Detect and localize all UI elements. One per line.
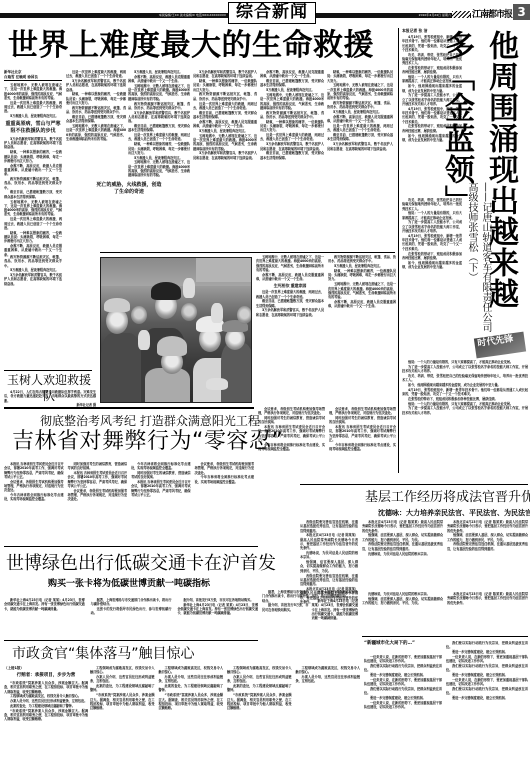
lead-paragraph: 截至目前，已搭建帐篷数万顶，受灾群众基本生活得到保障。 bbox=[256, 299, 324, 308]
corruption-paragraph: 办案人员介绍，这些官员往往形成利益链条，互相包庇。 bbox=[296, 675, 361, 684]
lead-paragraph: 5万救援人员，昼夜兼程奔赴灾区。 bbox=[328, 264, 396, 268]
expo-paragraph: 新华社上海4月23日电（记者 某某）4月23日，世博会低碳交通卡在上海首发。持有… bbox=[4, 598, 85, 611]
corruption-kicker: （上接1版） bbox=[4, 666, 88, 671]
bottom-right-paragraph: 我们要以实际行动践行为民宗旨，把群众利益放在首位。 bbox=[364, 687, 442, 696]
feature-paragraph: 如今，他周围涌现出越来越多的金蓝领，成为企业发展的中坚力量。 bbox=[402, 383, 528, 387]
lead-paragraph: 截至目前，已搭建帐篷数万顶，受灾群众基本生活得到保障。 bbox=[327, 133, 393, 142]
lead-paragraph: 截至目前，已搭建帐篷数万顶，受灾群众基本生活得到保障。 bbox=[260, 79, 324, 88]
judges-paragraph: 沈德咏说，为民司法是人民法院的根本宗旨。 bbox=[300, 551, 358, 560]
judges-paragraph: 各级法院要完善法官选任机制，注重从基层选拔优秀法官，让有基层经验的法官得到重用。 bbox=[362, 542, 443, 551]
lead-paragraph: 这是一次世界上难度最大的救援，两周过去，救援人员已创造了一个个生命奇迹。 bbox=[4, 101, 62, 114]
jilin-paragraph: 会议要求，各级招生考试机构要加强考场管理，严格执行各项规定，对违规行为坚决查处。 bbox=[195, 462, 255, 475]
lead-paragraph: 余震不断，高原反应，救援人员克服重重困难，从废墟中救出一个又一个生命。 bbox=[327, 115, 393, 124]
jilin-paragraph: 本报讯 吉林省招生考试委员会近日召开会议，部署2010年高考工作，强调对考试舞弊… bbox=[329, 425, 396, 442]
corruption-paragraph: 工程领域成为腐败高发区，权钱交易令人触目惊心。 bbox=[227, 666, 292, 675]
divider bbox=[300, 484, 528, 485]
judges-paragraph: 本报北京4月23日电（记者 陈某某）最高人民法院常务副院长沈德咏今日表示，要把基… bbox=[447, 592, 528, 605]
lead-paragraph: 3万余名解放军和武警官兵，数千名医护人员和志愿者，在高寒缺氧的环境下连续奋战。 bbox=[193, 70, 257, 79]
lead-col-1: 新华社北京 白瑞雪 任毓明 徐国良 玉树地震中，无数人被埋在废墟之下，这是一次世… bbox=[4, 70, 62, 265]
lead-paragraph: 余震不断，高原反应，救援人员克服重重困难，从废墟中救出一个又一个生命。 bbox=[128, 75, 190, 84]
masthead-editor-info: 本版编辑/王XX 美术编辑/X 电话/0XX-XXXXXXXX bbox=[157, 13, 228, 18]
bottom-right-paragraph: 我们要以实际行动践行为民宗旨，把群众利益放在首位。 bbox=[446, 641, 528, 650]
bottom-right-paragraph: 要进一步完善制度建设，建立长效机制。 bbox=[446, 696, 528, 700]
corruption-paragraph: “市政系统”窝案涉案人员众多，涉案金额巨大。据调查，相关官员利用职务之便，在工程… bbox=[227, 693, 292, 710]
expo-headline: 世博绿色出行低碳交通卡在沪首发 bbox=[6, 552, 276, 576]
lead-paragraph: 这是一次世界上难度最大的救援，两周过去，救援人员已创造了一个个生命奇迹。 bbox=[256, 290, 324, 299]
judges-paragraph: 他强调，法官要深入基层、深入群众，切实提高做群众工作的能力，努力做到亲民、平民、… bbox=[447, 533, 528, 542]
jilin-paragraph: 同时加强对考生的诚信教育，营造诚信考试的良好氛围。 bbox=[131, 471, 191, 480]
lead-paragraph: 救灾物资源源不断运抵灾区，帐篷、食品、饮用水、药品等送到受灾群众手中。 bbox=[328, 255, 396, 264]
section-title: 综合新闻 bbox=[228, 2, 316, 24]
lead-paragraph: 缺氧，一种难以想象的痛苦，一位救援队员说：头痛欲裂，呼吸困难，每走一步都要付出巨… bbox=[4, 231, 62, 244]
page-number: 3 bbox=[513, 4, 530, 20]
feature-paragraph: 为了进一步提高工人技能水平，公司成立了以张雪松名字命名的技能大师工作室，开展技术… bbox=[402, 365, 528, 374]
judges-body-cont: 沈德咏说，为民司法是人民法院的根本宗旨。 他强调，法官要深入基层、深入群众，切实… bbox=[362, 592, 528, 632]
divider bbox=[4, 640, 258, 641]
lead-paragraph: 3万余名解放军和武警官兵，数千名医护人员和志愿者，在高寒缺氧的环境下连续奋战。 bbox=[327, 142, 393, 151]
lead-paragraph: 5万救援人员，昼夜兼程奔赴灾区。 bbox=[128, 70, 190, 74]
bottom-right-paragraph: 一位负责人说，在新的形势下，要更加重视基层干部队伍建设，切实改进工作作风。 bbox=[364, 655, 442, 664]
bottom-right-paragraph: 我们要以实际行动践行为民宗旨，把群众利益放在首位。 bbox=[364, 664, 442, 673]
lead-paragraph: 余震不断，高原反应，救援人员克服重重困难，从废墟中救出一个又一个生命。 bbox=[4, 164, 62, 177]
jilin-paragraph: 本报讯 吉林省招生考试委员会近日召开会议，部署2010年高考工作，强调对考试舞弊… bbox=[68, 471, 128, 488]
jilin-paragraph: 会议要求，各级招生考试机构要加强考场管理，严格执行各项规定，对违规行为坚决查处。 bbox=[68, 489, 128, 502]
divider bbox=[100, 252, 395, 253]
corruption-paragraph: 此案的查处，为工程建设领域反腐敲响了警钟。 bbox=[227, 684, 292, 693]
jilin-paragraph: 同时加强对考生的诚信教育，营造诚信考试的良好氛围。 bbox=[258, 416, 325, 425]
expo-paragraph: 这张卡的发行将倡导市民绿色出行，参与世博低碳行动。 bbox=[312, 590, 359, 599]
corruption-paragraph: 此案的查处，为工程建设领域反腐敲响了警钟。 bbox=[159, 684, 224, 693]
feature-paragraph: 攻关、培训、带徒，张雪松把自己的经验毫无保留地传授给年轻人，培养出一批优秀技术工… bbox=[402, 374, 528, 383]
era-pioneer-badge: 时代先锋 bbox=[474, 332, 526, 359]
lead-paragraph: 缺氧，一种难以想象的痛苦，一位救援队员说：头痛欲裂，呼吸困难，每走一步都要付出巨… bbox=[260, 120, 324, 133]
jilin-paragraph: 今年吉林省将全面推行标准化考点建设，实现考场视频监控全覆盖。 bbox=[195, 475, 255, 484]
bottom-right-paragraph: 要进一步完善制度建设，建立长效机制。 bbox=[446, 650, 528, 654]
corruption-paragraph: “市政系统”窝案涉案人员众多，涉案金额巨大。据调查，相关官员利用职务之便，在工程… bbox=[90, 693, 155, 710]
lead-paragraph: 救灾物资源源不断运抵灾区，帐篷、食品、饮用水、药品等送到受灾群众手中。 bbox=[4, 255, 62, 268]
judges-headline: 基层工作经历将成法官晋升优先条件 bbox=[365, 489, 530, 507]
feature-paragraph: 在张雪松的带动下，班组成员积极参加各种技能比赛，屡获佳绩。 bbox=[402, 252, 462, 261]
jilin-paragraph: 会议要求，各级招生考试机构要加强考场管理，严格执行各项规定，对违规行为坚决查处。 bbox=[329, 407, 396, 416]
expo-paragraph: 据介绍，首批发行5万张，市民可在各地铁站购买。 bbox=[262, 603, 309, 612]
lead-paragraph: 这是一次世界上难度最大的救援，两周过去，救援人员已创造了一个个生命奇迹。 bbox=[4, 217, 62, 230]
jilin-body: 本报讯 吉林省招生考试委员会近日召开会议，部署2010年高考工作，强调对考试舞弊… bbox=[4, 462, 254, 542]
lead-paragraph: 3万余名解放军和武警官兵，数千名医护人员和志愿者，在高寒缺氧的环境下连续奋战。 bbox=[4, 137, 62, 150]
feature-paragraph: 如今，他周围涌现出越来越多的金蓝领，成为企业发展的中坚力量。 bbox=[402, 261, 462, 270]
bottom-right-paragraph: 要进一步完善制度建设，建立长效机制。 bbox=[364, 696, 442, 700]
feature-paragraph: 在张雪松的带动下，班组成员积极参加各种技能比赛，屡获佳绩。 bbox=[402, 397, 528, 401]
judges-paragraph: 本报北京4月23日电（记者 陈某某）最高人民法院常务副院长沈德咏今日表示，要把基… bbox=[362, 520, 443, 533]
lead-paragraph: 缺氧，一种难以想象的痛苦，一位救援队员说：头痛欲裂，呼吸困难，每走一步都要付出巨… bbox=[327, 70, 393, 83]
corruption-paragraph: 工程领域成为腐败高发区，权钱交易令人触目惊心。 bbox=[159, 666, 224, 675]
jilin-paragraph: 本报讯 吉林省招生考试委员会近日召开会议，部署2010年高考工作，强调对考试舞弊… bbox=[4, 462, 64, 479]
lead-paragraph: 缺氧，一种难以想象的痛苦，一位救援队员说：头痛欲裂，呼吸困难，每走一步都要付出巨… bbox=[328, 269, 396, 282]
feature-paragraph: 为了进一步提高工人技能水平，公司成立了以张雪松名字命名的技能大师工作室，开展技术… bbox=[402, 220, 462, 233]
bottom-right-col-1: 一位负责人说，在新的形势下，要更加重视基层干部队伍建设，切实改进工作作风。 我们… bbox=[364, 655, 442, 763]
divider bbox=[362, 636, 528, 637]
bottom-right-paragraph: 一位负责人说，在新的形势下，要更加重视基层干部队伍建设，切实改进工作作风。 bbox=[446, 678, 528, 687]
jilin-paragraph: 本报讯 吉林省招生考试委员会近日召开会议，部署2010年高考工作，强调对考试舞弊… bbox=[258, 425, 325, 442]
lead-paragraph: 玉树地震中，无数人被埋在废墟之下，这是一次世界上难度最大的救援。海拔4000米的… bbox=[328, 282, 396, 299]
corruption-paragraph: 办案人员介绍，这些官员往往形成利益链条，互相包庇。 bbox=[90, 675, 155, 684]
feature-paragraph: 4月19日，张雪松班组中，新增一批青年技术骨干。他们每一位都是从普通工人成长起来… bbox=[402, 234, 462, 251]
lead-paragraph: 玉树地震中，无数人被埋在废墟之下，这是一次世界上难度最大的救援。海拔4000米的… bbox=[128, 84, 190, 101]
lead-col-4: 3万余名解放军和武警官兵，数千名医护人员和志愿者，在高寒缺氧的环境下连续奋战。 … bbox=[193, 70, 257, 250]
lead-paragraph: 余震不断，高原反应，救援人员克服重重困难，从废墟中救出一个又一个生命。 bbox=[193, 120, 257, 129]
corruption-subhead: 行贿者：承接项目，步步为营 bbox=[4, 673, 88, 679]
judges-paragraph: 沈德咏说，为民司法是人民法院的根本宗旨。 bbox=[362, 592, 443, 596]
judges-subhead: 沈德咏：大力培养亲民法官、平民法官、为民法官 bbox=[378, 508, 530, 518]
feature-col-1b: 攻关、培训、带徒，张雪松把自己的经验毫无保留地传授给年轻人，培养出一批优秀技术工… bbox=[402, 198, 462, 328]
lead-paragraph: 这是一次世界上难度最大的救援，两周过去，救援人员已创造了一个个生命奇迹。 bbox=[128, 133, 190, 142]
lead-subhead: 重重高原病，雪山与严寒阻不住救援队的步伐 bbox=[4, 121, 62, 135]
lead-paragraph: 这是一次世界上难度最大的救援，两周过去，救援人员已创造了一个个生命奇迹。 bbox=[66, 70, 126, 79]
corruption-paragraph: “市政系统”窝案涉案人员众多，涉案金额巨大。据调查，相关官员利用职务之便，在工程… bbox=[4, 709, 88, 722]
lead-paragraph: 玉树地震中，无数人被埋在废墟之下，这是一次世界上难度最大的救援。海拔4000米的… bbox=[256, 255, 324, 272]
lead-paragraph: 截至目前，已搭建帐篷数万顶，受灾群众基本生活得到保障。 bbox=[66, 115, 126, 124]
feature-paragraph: 为了进一步提高工人技能水平，公司成立了以张雪松名字命名的技能大师工作室，开展技术… bbox=[402, 406, 528, 415]
lead-paragraph: 3万余名解放军和武警官兵，数千名医护人员和志愿者，在高寒缺氧的环境下连续奋战。 bbox=[128, 111, 190, 124]
expo-subhead: 购买一张卡将为低碳世博贡献一吨碳指标 bbox=[48, 578, 210, 590]
lead-paragraph: 3万余名解放军和武警官兵，数千名医护人员和志愿者，在高寒缺氧的环境下连续奋战。 bbox=[4, 273, 62, 286]
bottom-right-paragraph: 要进一步完善制度建设，建立长效机制。 bbox=[446, 673, 528, 677]
feature-vertical-subhead: ——记唐山轨道客车有限责任公司高级技师张雪松（下） bbox=[464, 182, 492, 332]
corruption-paragraph: 办案人员介绍，这些官员往往形成利益链条，互相包庇。 bbox=[4, 699, 88, 703]
expo-paragraph: 这张卡的发行将倡导市民绿色出行，参与世博低碳行动。 bbox=[91, 607, 172, 616]
bottom-right-col-2: 我们要以实际行动践行为民宗旨，把群众利益放在首位。 要进一步完善制度建设，建立长… bbox=[446, 641, 528, 763]
lead-paragraph: 玉树地震中，无数人被埋在废墟之下，这是一次世界上难度最大的救援。海拔4000米的… bbox=[327, 83, 393, 100]
side-story-body: 4月22日，人们在结古镇街头向救援队伍挥手致意。灾难发生后，各方救援力量迅速赶赴… bbox=[4, 390, 96, 414]
column-rule bbox=[398, 28, 399, 473]
feature-paragraph: 他说：一个人的力量是有限的，只有大家都提高了，才能真正推动企业发展。 bbox=[402, 360, 528, 364]
lead-paragraph: 截至目前，已搭建帐篷数万顶，受灾群众基本生活得到保障。 bbox=[4, 190, 62, 199]
judges-paragraph: 他强调，法官要深入基层、深入群众，切实提高做群众工作的能力，努力做到亲民、平民、… bbox=[362, 533, 443, 542]
lead-col-3: 5万救援人员，昼夜兼程奔赴灾区。 余震不断，高原反应，救援人员克服重重困难，从废… bbox=[128, 70, 190, 250]
feature-wide-col: 他说：一个人的力量是有限的，只有大家都提高了，才能真正推动企业发展。 为了进一步… bbox=[402, 360, 528, 468]
corruption-body: 工程领域成为腐败高发区，权钱交易令人触目惊心。 办案人员介绍，这些官员往往形成利… bbox=[90, 666, 360, 763]
jilin-paragraph: 今年吉林省将全面推行标准化考点建设，实现考场视频监控全覆盖。 bbox=[329, 443, 396, 452]
hatch-decoration bbox=[452, 11, 470, 18]
lead-paragraph: 玉树地震中，无数人被埋在废墟之下，这是一次世界上难度最大的救援。海拔4000米的… bbox=[66, 124, 126, 141]
expo-paragraph: 据介绍，首批发行5万张，市民可在各地铁站购买。 bbox=[177, 598, 258, 602]
lead-paragraph: 这是一次世界上难度最大的救援，两周过去，救援人员已创造了一个个生命奇迹。 bbox=[193, 102, 257, 111]
masthead-left-strip: Email: ...@....com 本版编辑/王XX 美术编辑/X 电话/0X… bbox=[0, 13, 228, 18]
lead-paragraph: 3万余名解放军和武警官兵，数千名医护人员和志愿者，在高寒缺氧的环境下连续奋战。 bbox=[193, 151, 257, 160]
lead-paragraph: 3万余名解放军和武警官兵，数千名医护人员和志愿者，在高寒缺氧的环境下连续奋战。 bbox=[256, 308, 324, 317]
bottom-right-subhead: “新疆城市化大局下的…” bbox=[364, 641, 442, 647]
lead-paragraph: 玉树地震中，无数人被埋在废墟之下，这是一次世界上难度最大的救援。海拔4000米的… bbox=[193, 134, 257, 151]
lead-paragraph: 5万救援人员，昼夜兼程奔赴灾区。 bbox=[327, 110, 393, 114]
corruption-paragraph: “市政系统”窝案涉案人员众多，涉案金额巨大。据调查，相关官员利用职务之便，在工程… bbox=[159, 693, 224, 710]
corruption-paragraph: 此案的查处，为工程建设领域反腐敲响了警钟。 bbox=[90, 684, 155, 693]
corruption-paragraph: 工程领域成为腐败高发区，权钱交易令人触目惊心。 bbox=[296, 666, 361, 675]
lead-paragraph: 玉树地震中，无数人被埋在废墟之下，这是一次世界上难度最大的救援。海拔4000米的… bbox=[4, 83, 62, 100]
expo-paragraph: 据悉，上海世博局与市交通部门合作推出该卡，将出行与碳补偿结合。 bbox=[262, 590, 309, 603]
lead-paragraph: 救灾物资源源不断运抵灾区，帐篷、食品、饮用水、药品等送到受灾群众手中。 bbox=[66, 106, 126, 115]
expo-body: 新华社上海4月23日电（记者 某某）4月23日，世博会低碳交通卡在上海首发。持有… bbox=[4, 598, 258, 638]
jilin-kicker: 彻底整治考风考纪 打造群众满意阳光工程 bbox=[40, 413, 260, 429]
bottom-right-paragraph: 要进一步完善制度建设，建立长效机制。 bbox=[364, 673, 442, 677]
jilin-paragraph: 会议要求，各级招生考试机构要加强考场管理，严格执行各项规定，对违规行为坚决查处。 bbox=[4, 480, 64, 493]
corruption-paragraph: 办案人员介绍，这些官员往往形成利益链条，互相包庇。 bbox=[227, 675, 292, 684]
bottom-right-paragraph: 我们要以实际行动践行为民宗旨，把群众利益放在首位。 bbox=[446, 687, 528, 696]
bottom-right-paragraph: 一位负责人说，在新的形势下，要更加重视基层干部队伍建设，切实改进工作作风。 bbox=[364, 678, 442, 687]
lead-col-5: 余震不断，高原反应，救援人员克服重重困难，从废墟中救出一个又一个生命。 截至目前… bbox=[260, 70, 324, 250]
masthead-right-strip: News 2010年4月24日 星期六 bbox=[316, 13, 471, 18]
lead-paragraph: 缺氧，一种难以想象的痛苦，一位救援队员说：头痛欲裂，呼吸困难，每走一步都要付出巨… bbox=[193, 79, 257, 92]
lead-paragraph: 救灾物资源源不断运抵灾区，帐篷、食品、饮用水、药品等送到受灾群众手中。 bbox=[260, 111, 324, 120]
jilin-headline: 吉林省对舞弊行为“零容忍” bbox=[12, 428, 283, 456]
expo-paragraph: 据悉，上海世博局与市交通部门合作推出该卡，将出行与碳补偿结合。 bbox=[91, 598, 172, 607]
corruption-paragraph: 工程领域成为腐败高发区，权钱交易令人触目惊心。 bbox=[90, 666, 155, 675]
lead-paragraph: 余震不断，高原反应，救援人员克服重重困难，从废墟中救出一个又一个生命。 bbox=[256, 273, 324, 282]
judges-paragraph: 各级法院要完善法官选任机制，注重从基层选拔优秀法官，让有基层经验的法官得到重用。 bbox=[447, 542, 528, 551]
corruption-paragraph: 此案的查处，为工程建设领域反腐敲响了警钟。 bbox=[4, 704, 88, 708]
corruption-paragraph: 办案人员介绍，这些官员往往形成利益链条，互相包庇。 bbox=[159, 675, 224, 684]
lead-paragraph: 5万救援人员，昼夜兼程奔赴灾区。 bbox=[193, 129, 257, 133]
judges-body: 本报北京4月23日电（记者 陈某某）最高人民法院常务副院长沈德咏今日表示，要把基… bbox=[362, 520, 528, 590]
lead-subhead: 生死相依 重建家园 bbox=[256, 283, 324, 288]
lead-paragraph: 余震不断，高原反应，救援人员克服重重困难，从废墟中救出一个又一个生命。 bbox=[260, 70, 324, 79]
bottom-right-paragraph: 一位负责人说，在新的形势下，要更加重视基层干部队伍建设，切实改进工作作风。 bbox=[364, 701, 442, 710]
corruption-col-1: （上接1版） 行贿者：承接项目，步步为营 “市政系统”窝案涉案人员众多，涉案金额… bbox=[4, 666, 88, 763]
lead-col-6: 缺氧，一种难以想象的痛苦，一位救援队员说：头痛欲裂，呼吸困难，每走一步都要付出巨… bbox=[327, 70, 393, 248]
jilin-paragraph: 今年吉林省将全面推行标准化考点建设，实现考场视频监控全覆盖。 bbox=[4, 493, 64, 502]
lead-paragraph: 余震不断，高原反应，救援人员克服重重困难，从废墟中救出一个又一个生命。 bbox=[328, 300, 396, 309]
lead-paragraph: 截至目前，已搭建帐篷数万顶，受灾群众基本生活得到保障。 bbox=[193, 111, 257, 120]
lead-byline: 白瑞雪 任毓明 徐国良 bbox=[4, 75, 62, 81]
bottom-right-paragraph: 我们要以实际行动践行为民宗旨，把群众利益放在首位。 bbox=[446, 664, 528, 673]
bottom-right-paragraph: 一位负责人说，在新的形势下，要更加重视基层干部队伍建设，切实改进工作作风。 bbox=[446, 655, 528, 664]
lead-paragraph: 缺氧，一种难以想象的痛苦，一位救援队员说：头痛欲裂，呼吸困难，每走一步都要付出巨… bbox=[128, 142, 190, 155]
paper-logo: 江南都市报 bbox=[472, 7, 512, 20]
lead-paragraph: 救灾物资源源不断运抵灾区，帐篷、食品、饮用水、药品等送到受灾群众手中。 bbox=[4, 177, 62, 190]
divider bbox=[4, 407, 254, 409]
lead-headline: 世界上难度最大的生命救援 bbox=[8, 28, 408, 64]
judges-paragraph: 他强调，法官要深入基层、深入群众，切实提高做群众工作的能力，努力做到亲民、平民、… bbox=[300, 560, 358, 573]
judges-paragraph: 本报北京4月23日电（记者 陈某某）最高人民法院常务副院长沈德咏今日表示，要把基… bbox=[447, 520, 528, 533]
judges-paragraph: 沈德咏说，为民司法是人民法院的根本宗旨。 bbox=[362, 552, 443, 556]
judges-paragraph: 本报北京4月23日电（记者 陈某某）最高人民法院常务副院长沈德咏今日表示，要把基… bbox=[300, 533, 358, 550]
jilin-paragraph: 本报讯 吉林省招生考试委员会近日召开会议，部署2010年高考工作，强调对考试舞弊… bbox=[131, 480, 191, 497]
lead-continued: 玉树地震中，无数人被埋在废墟之下，这是一次世界上难度最大的救援。海拔4000米的… bbox=[256, 255, 396, 403]
lead-paragraph: 这是一次世界上难度最大的救援，两周过去，救援人员已创造了一个个生命奇迹。 bbox=[260, 133, 324, 142]
lead-paragraph: 3万余名解放军和武警官兵，数千名医护人员和志愿者，在高寒缺氧的环境下连续奋战。 bbox=[66, 79, 126, 92]
corruption-paragraph: “市政系统”窝案涉案人员众多，涉案金额巨大。据调查，相关官员利用职务之便，在工程… bbox=[4, 681, 88, 694]
lead-paragraph: 救灾物资源源不断运抵灾区，帐篷、食品、饮用水、药品等送到受灾群众手中。 bbox=[128, 102, 190, 111]
lead-paragraph: 5万救援人员，昼夜兼程奔赴灾区。 bbox=[4, 114, 62, 118]
lead-paragraph: 3万余名解放军和武警官兵，数千名医护人员和志愿者，在高寒缺氧的环境下连续奋战。 bbox=[260, 142, 324, 151]
news-photo-crowd bbox=[100, 257, 252, 403]
jilin-body-cont: 会议要求，各级招生考试机构要加强考场管理，严格执行各项规定，对违规行为坚决查处。… bbox=[258, 407, 396, 537]
jilin-paragraph: 同时加强对考生的诚信教育，营造诚信考试的良好氛围。 bbox=[329, 416, 396, 425]
lead-paragraph: 救灾物资源源不断运抵灾区，帐篷、食品、饮用水、药品等送到受灾群众手中。 bbox=[327, 101, 393, 110]
lead-paragraph: 救灾物资源源不断运抵灾区，帐篷、食品、饮用水、药品等送到受灾群众手中。 bbox=[193, 92, 257, 101]
jilin-paragraph: 同时加强对考生的诚信教育，营造诚信考试的良好氛围。 bbox=[68, 462, 128, 471]
jilin-paragraph: 会议要求，各级招生考试机构要加强考场管理，严格执行各项规定，对违规行为坚决查处。 bbox=[258, 407, 325, 416]
lead-paragraph: 这是一次世界上难度最大的救援，两周过去，救援人员已创造了一个个生命奇迹。 bbox=[327, 124, 393, 133]
lead-paragraph: 截至目前，已搭建帐篷数万顶，受灾群众基本生活得到保障。 bbox=[260, 151, 324, 160]
lead-paragraph: 玉树地震中，无数人被埋在废墟之下，这是一次世界上难度最大的救援。海拔4000米的… bbox=[260, 93, 324, 110]
judges-paragraph: 各级法院要完善法官选任机制，注重从基层选拔优秀法官，让有基层经验的法官得到重用。 bbox=[300, 520, 358, 533]
feature-paragraph: 4月19日，张雪松班组中，新增一批青年技术骨干。他们每一位都是从普通工人成长起来… bbox=[402, 388, 528, 397]
expo-paragraph: 新华社上海4月23日电（记者 某某）4月23日，世博会低碳交通卡在上海首发。持有… bbox=[312, 599, 359, 620]
jilin-paragraph: 今年吉林省将全面推行标准化考点建设，实现考场视频监控全覆盖。 bbox=[131, 462, 191, 471]
expo-paragraph: 新华社上海4月23日电（记者 某某）4月23日，世博会低碳交通卡在上海首发。持有… bbox=[177, 603, 258, 616]
expo-body-cont: 据悉，上海世博局与市交通部门合作推出该卡，将出行与碳补偿结合。 据介绍，首批发行… bbox=[262, 590, 358, 640]
divider bbox=[4, 546, 258, 547]
divider bbox=[4, 370, 92, 371]
lead-col-1-cont: 救灾物资源源不断运抵灾区，帐篷、食品、饮用水、药品等送到受灾群众手中。 5万救援… bbox=[4, 255, 62, 355]
lead-paragraph: 缺氧，一种难以想象的痛苦，一位救援队员说：头痛欲裂，呼吸困难，每走一步都要付出巨… bbox=[66, 92, 126, 105]
lead-paragraph: 截至目前，已搭建帐篷数万顶，受灾群众基本生活得到保障。 bbox=[128, 124, 190, 133]
judges-paragraph: 他强调，法官要深入基层、深入群众，切实提高做群众工作的能力，努力做到亲民、平民、… bbox=[362, 597, 443, 606]
judges-paragraph: 各级法院要完善法官选任机制，注重从基层选拔优秀法官，让有基层经验的法官得到重用。 bbox=[300, 574, 358, 587]
lead-paragraph: 5万救援人员，昼夜兼程奔赴灾区。 bbox=[260, 88, 324, 92]
lead-paragraph: 玉树地震中，无数人被埋在废墟之下，这是一次世界上难度最大的救援。海拔4000米的… bbox=[4, 200, 62, 217]
lead-paragraph: 缺氧，一种难以想象的痛苦，一位救援队员说：头痛欲裂，呼吸困难，每走一步都要付出巨… bbox=[4, 150, 62, 163]
corruption-headline: 市政贪官“集体落马”触目惊心 bbox=[12, 645, 195, 663]
jilin-paragraph: 今年吉林省将全面推行标准化考点建设，实现考场视频监控全覆盖。 bbox=[258, 443, 325, 452]
lead-paragraph: 玉树地震中，无数人被埋在废墟之下，这是一次世界上难度最大的救援。海拔4000米的… bbox=[128, 160, 190, 177]
side-paragraph: 4月22日，人们在结古镇街头向救援队伍挥手致意。灾难发生后，各方救援力量迅速赶赴… bbox=[4, 390, 96, 403]
